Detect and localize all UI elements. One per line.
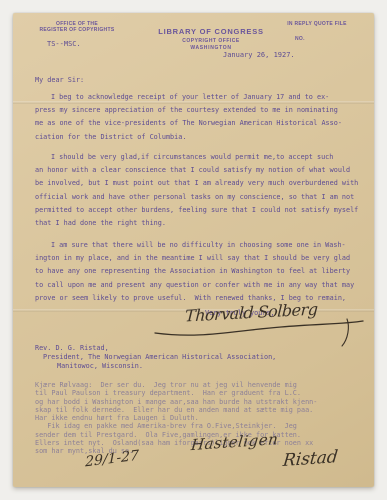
signature-block: Thorvald Solberg bbox=[151, 297, 367, 347]
recipient-name: Rev. D. G. Ristad, bbox=[35, 344, 276, 353]
file-code: TS--MSC. bbox=[47, 40, 81, 48]
org-name: LIBRARY OF CONGRESS bbox=[141, 27, 281, 36]
body-paragraph-2: I should be very glad,if circumstances w… bbox=[35, 151, 368, 230]
recipient-title: President, The Norwegian American Histor… bbox=[35, 353, 276, 362]
body-paragraph-3: I am sure that there will be no difficul… bbox=[35, 239, 368, 305]
recipient-address: Rev. D. G. Ristad, President, The Norweg… bbox=[35, 344, 276, 371]
letter-paper: OFFICE OF THE REGISTER OF COPYRIGHTS TS-… bbox=[13, 13, 374, 487]
salutation: My dear Sir: bbox=[35, 76, 84, 84]
handwritten-signature-ristad: Ristad bbox=[282, 447, 339, 471]
letterhead-reply-note: IN REPLY QUOTE FILE NO. bbox=[267, 21, 367, 42]
letterhead-center: LIBRARY OF CONGRESS COPYRIGHT OFFICE WAS… bbox=[141, 27, 281, 51]
letter-date: January 26, 1927. bbox=[223, 51, 295, 59]
org-office: COPYRIGHT OFFICE bbox=[141, 38, 281, 44]
body-paragraph-1: I beg to acknowledge receipt of your let… bbox=[35, 91, 368, 144]
scanned-letter-page: { "letterhead": { "office_line1": "OFFIC… bbox=[0, 0, 387, 500]
reply-note-line1: IN REPLY QUOTE FILE bbox=[267, 21, 367, 27]
reply-note-line2: NO. bbox=[267, 36, 367, 42]
recipient-city: Manitowoc, Wisconsin. bbox=[35, 362, 276, 371]
letterhead-office-line2: REGISTER OF COPYRIGHTS bbox=[27, 27, 127, 33]
letterhead-office: OFFICE OF THE REGISTER OF COPYRIGHTS bbox=[27, 21, 127, 33]
